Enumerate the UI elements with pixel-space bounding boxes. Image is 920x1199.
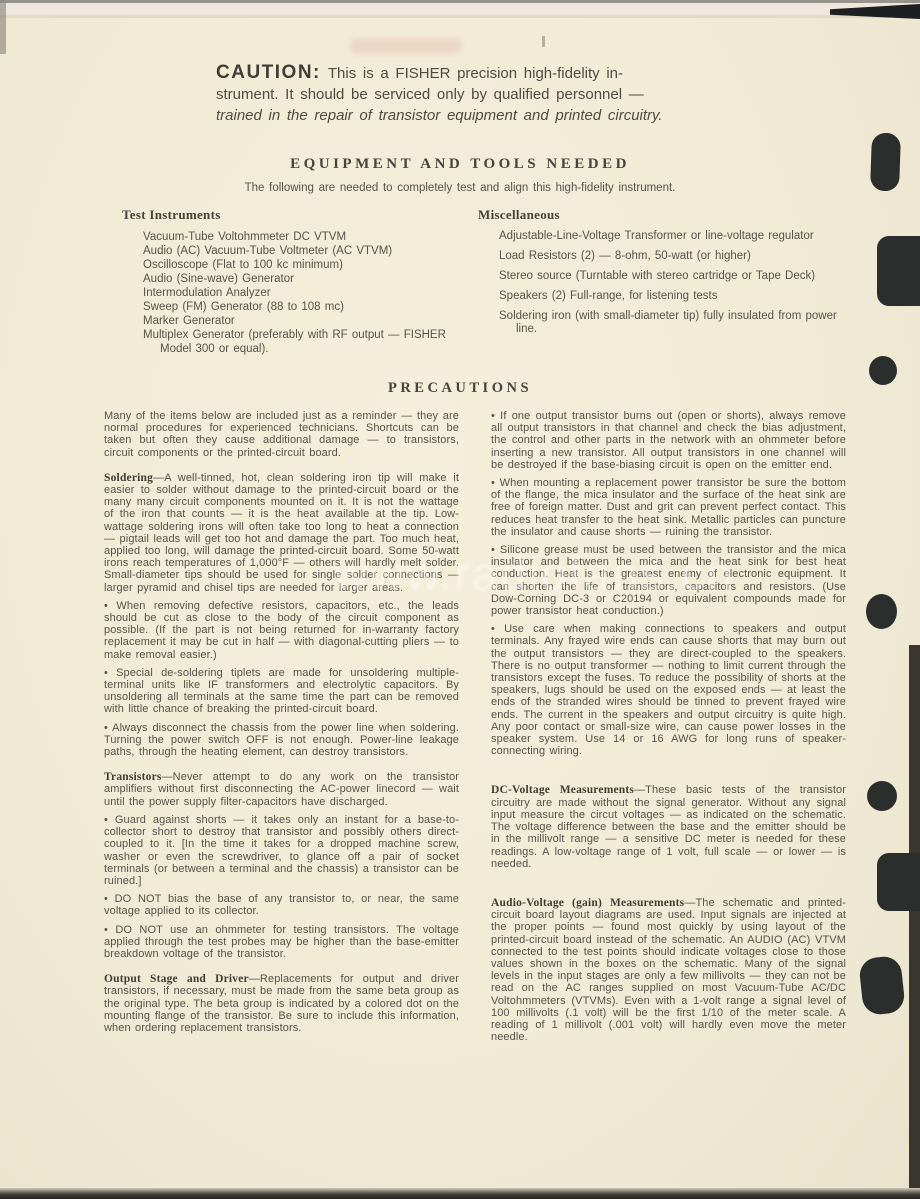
scan-speck <box>542 36 545 47</box>
equipment-list-item: Audio (AC) Vacuum-Tube Voltmeter (AC VTV… <box>143 244 478 258</box>
paragraph-lead: Transistors <box>104 771 162 783</box>
precautions-paragraph: • When mounting a replacement power tran… <box>491 477 846 538</box>
precautions-section: PRECAUTIONS Many of the items below are … <box>0 380 920 1043</box>
binder-hole-mark <box>869 356 897 385</box>
caution-block: CAUTION:This is a FISHER precision high-… <box>216 62 812 126</box>
equipment-list-item: Audio (Sine-wave) Generator <box>143 272 478 286</box>
precautions-paragraph: • Always disconnect the chassis from the… <box>104 722 459 759</box>
test-instruments-heading: Test Instruments <box>122 207 478 223</box>
test-instruments-column: Test Instruments Vacuum-Tube Voltohmmete… <box>122 207 478 356</box>
scan-right-edge <box>909 645 920 1199</box>
equipment-section: EQUIPMENT AND TOOLS NEEDED The following… <box>0 156 920 356</box>
precautions-paragraph: • When removing defective resistors, cap… <box>104 600 459 661</box>
binder-hole-mark <box>866 594 897 629</box>
equipment-list-item: Soldering iron (with small-diameter tip)… <box>499 310 842 336</box>
paragraph-lead: Output Stage and Driver <box>104 973 249 985</box>
precautions-right-column: • If one output transistor burns out (op… <box>491 410 846 1043</box>
equipment-list-item: Sweep (FM) Generator (88 to 108 mc) <box>143 300 478 314</box>
precautions-paragraph: Audio-Voltage (gain) Measurements—The sc… <box>491 897 846 1043</box>
binder-hole-mark <box>877 236 920 306</box>
precautions-paragraph: • DO NOT use an ohmmeter for testing tra… <box>104 924 459 961</box>
precautions-paragraph: • Guard against shorts — it takes only a… <box>104 814 459 887</box>
precautions-title: PRECAUTIONS <box>0 380 920 397</box>
precautions-paragraph: DC-Voltage Measurements—These basic test… <box>491 784 846 869</box>
miscellaneous-list: Adjustable-Line-Voltage Transformer or l… <box>478 230 842 336</box>
caution-label: CAUTION: <box>216 62 321 83</box>
precautions-paragraph: Output Stage and Driver—Replacements for… <box>104 973 459 1034</box>
caution-line: CAUTION:This is a FISHER precision high-… <box>216 62 812 84</box>
equipment-list-item: Vacuum-Tube Voltohmmeter DC VTVM <box>143 230 478 244</box>
precautions-paragraph: Transistors—Never attempt to do any work… <box>104 771 459 808</box>
precautions-left-column: Many of the items below are included jus… <box>104 410 459 1043</box>
precautions-paragraph: Many of the items below are included jus… <box>104 410 459 459</box>
equipment-subtitle: The following are needed to completely t… <box>0 182 920 194</box>
scan-bottom-edge <box>0 1188 920 1199</box>
paragraph-lead: DC-Voltage Measurements <box>491 784 634 796</box>
scan-top-edge <box>0 0 920 18</box>
precautions-paragraph: • Use care when making connections to sp… <box>491 623 846 757</box>
precautions-columns: Many of the items below are included jus… <box>104 410 846 1043</box>
equipment-list-item: Stereo source (Turntable with stereo car… <box>499 270 842 283</box>
caution-line: trained in the repair of transistor equi… <box>216 105 812 126</box>
scanned-service-manual-page: www.radiofans.cn CAUTION:This is a FISHE… <box>0 0 920 1199</box>
equipment-list-item: Load Resistors (2) — 8-ohm, 50-watt (or … <box>499 250 842 263</box>
equipment-columns: Test Instruments Vacuum-Tube Voltohmmete… <box>122 207 920 356</box>
binder-hole-mark <box>877 853 920 911</box>
precautions-paragraph: • Silicone grease must be used between t… <box>491 544 846 617</box>
equipment-list-item: Intermodulation Analyzer <box>143 286 478 300</box>
paragraph-lead: Audio-Voltage (gain) Measurements <box>491 897 684 909</box>
test-instruments-list: Vacuum-Tube Voltohmmeter DC VTVMAudio (A… <box>122 230 478 356</box>
precautions-paragraph: • Special de-soldering tiplets are made … <box>104 667 459 716</box>
precautions-paragraph: Soldering—A well-tinned, hot, clean sold… <box>104 472 459 594</box>
binder-hole-mark <box>867 781 897 811</box>
miscellaneous-column: Miscellaneous Adjustable-Line-Voltage Tr… <box>478 207 920 356</box>
equipment-list-item: Marker Generator <box>143 314 478 328</box>
equipment-list-item: Speakers (2) Full-range, for listening t… <box>499 290 842 303</box>
precautions-paragraph: • If one output transistor burns out (op… <box>491 410 846 471</box>
paragraph-lead: Soldering <box>104 472 153 484</box>
caution-line: strument. It should be serviced only by … <box>216 84 812 105</box>
precautions-paragraph: • DO NOT bias the base of any transistor… <box>104 893 459 917</box>
equipment-list-item: Multiplex Generator (preferably with RF … <box>143 328 478 356</box>
miscellaneous-heading: Miscellaneous <box>478 207 842 223</box>
caution-text: This is a FISHER precision high-fidelity… <box>328 65 623 82</box>
scan-left-corner-shadow <box>0 0 6 54</box>
binder-hole-mark <box>858 955 906 1016</box>
equipment-title: EQUIPMENT AND TOOLS NEEDED <box>0 156 920 173</box>
equipment-list-item: Oscilloscope (Flat to 100 kc minimum) <box>143 258 478 272</box>
equipment-list-item: Adjustable-Line-Voltage Transformer or l… <box>499 230 842 243</box>
faded-watermark-smudge <box>350 38 462 54</box>
binder-hole-mark <box>870 133 901 192</box>
